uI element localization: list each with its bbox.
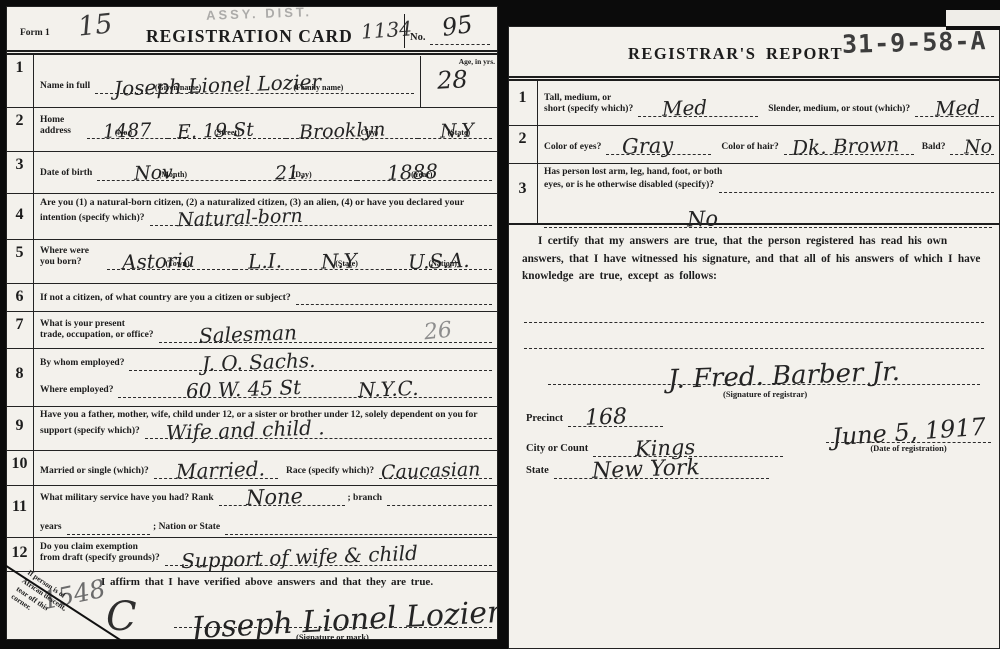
addr-city-sublabel: (City) bbox=[358, 128, 378, 137]
military-rank-line: None bbox=[219, 493, 345, 506]
exemption-label-1: Do you claim exemption bbox=[40, 542, 160, 553]
no-line bbox=[430, 44, 490, 45]
eyes-line: Gray bbox=[606, 142, 711, 155]
hair-label: Color of hair? bbox=[721, 142, 778, 155]
dependents-specify-label: support (specify which)? bbox=[40, 426, 140, 439]
faint-district-stamp: ASSY. DIST. bbox=[206, 6, 312, 23]
race-value: Caucasian bbox=[381, 458, 481, 483]
card-title: REGISTRATION CARD bbox=[146, 26, 353, 47]
row-number: 9 bbox=[6, 407, 34, 450]
disability-line-2: No bbox=[544, 215, 992, 228]
name-label: Name in full bbox=[40, 81, 90, 94]
row-married-race: 10 Married or single (which)? Married. R… bbox=[6, 450, 498, 485]
dependents-line: Wife and child . bbox=[145, 426, 492, 439]
age-box: Age, in yrs. 28 bbox=[420, 56, 498, 107]
height-line: Med bbox=[638, 104, 758, 117]
report-header: REGISTRAR'S REPORT 31-9-58-A bbox=[508, 26, 1000, 81]
where-employed-label: Where employed? bbox=[40, 385, 113, 398]
height-label-2: short (specify which)? bbox=[544, 104, 633, 115]
row-number: 3 bbox=[508, 164, 538, 223]
precinct-value: 168 bbox=[585, 404, 628, 430]
row-citizenship: 4 Are you (1) a natural-born citizen, (2… bbox=[6, 193, 498, 239]
eyes-value: Gray bbox=[622, 133, 674, 159]
age-value: 28 bbox=[436, 65, 468, 95]
military-nation-line bbox=[225, 522, 492, 535]
born-li-line: L.I. bbox=[235, 257, 303, 270]
military-rank-value: None bbox=[246, 484, 304, 510]
height-label-1: Tall, medium, or bbox=[544, 93, 633, 104]
header-divider bbox=[404, 14, 405, 48]
born-li-value: L.I. bbox=[247, 248, 282, 273]
row-number: 12 bbox=[6, 538, 34, 571]
disability-label-2: eyes, or is he otherwise disabled (speci… bbox=[544, 180, 714, 193]
employer-value: J. O. Sachs. bbox=[202, 348, 316, 376]
row-date-of-birth: 3 Date of birth Nov. (Month) 21. (Day) 1… bbox=[6, 151, 498, 193]
born-state-sublabel: (State) bbox=[335, 259, 358, 268]
registrars-report-panel: REGISTRAR'S REPORT 31-9-58-A 1 Tall, med… bbox=[508, 26, 1000, 649]
handwritten-form-mark: 15 bbox=[76, 8, 113, 42]
married-value: Married. bbox=[176, 456, 266, 483]
citizenship-value: Natural-born bbox=[177, 205, 303, 231]
home-address-label: Home address bbox=[40, 115, 82, 139]
military-nation-label: ; Nation or State bbox=[153, 522, 220, 535]
certification-text: I certify that my answers are true, that… bbox=[508, 225, 1000, 297]
exemption-value: Support of wife & child bbox=[181, 541, 419, 573]
race-line: Caucasian bbox=[379, 466, 492, 479]
date-block: June 5, 1917 (Date of registration) bbox=[826, 418, 991, 453]
state-line: New York bbox=[554, 466, 769, 479]
row-dependents: 9 Have you a father, mother, wife, child… bbox=[6, 406, 498, 450]
disability-line-1 bbox=[719, 180, 994, 193]
citizenship-specify-label: intention (specify which)? bbox=[40, 213, 145, 226]
employer-city-value: N.Y.C. bbox=[357, 376, 418, 402]
family-name-sublabel: (Family name) bbox=[293, 83, 343, 92]
race-label: Race (specify which)? bbox=[286, 466, 374, 479]
form-number-label: Form 1 bbox=[20, 28, 50, 38]
scanned-draft-registration-card: Form 1 15 ASSY. DIST. REGISTRATION CARD … bbox=[0, 0, 1000, 649]
disability-label-1: Has person lost arm, leg, hand, foot, or… bbox=[544, 167, 994, 178]
born-nation-line: U.S.A. (Nation) bbox=[389, 257, 492, 270]
employer-address-value: 60 W. 45 St bbox=[185, 375, 301, 403]
state-field: State New York bbox=[526, 465, 1000, 479]
file-number-stamp: 31-9-58-A bbox=[841, 26, 986, 59]
citizenship-line: Natural-born bbox=[150, 213, 493, 226]
military-rank-label: What military service have you had? Rank bbox=[40, 493, 214, 506]
bald-label: Bald? bbox=[922, 142, 946, 155]
row-number: 8 bbox=[6, 349, 34, 406]
report-title: REGISTRAR'S REPORT bbox=[628, 44, 843, 64]
affirmation-text: I affirm that I have verified above answ… bbox=[101, 576, 488, 588]
row-number: 2 bbox=[6, 108, 34, 151]
addr-no-sublabel: (No.) bbox=[115, 128, 132, 137]
row-number: 10 bbox=[6, 451, 34, 485]
born-town-sublabel: (Town) bbox=[166, 259, 190, 268]
report-row-height: 1 Tall, medium, or short (specify which)… bbox=[508, 81, 1000, 125]
signature-or-mark-label: (Signature or mark) bbox=[296, 632, 369, 640]
addr-city-line: Brooklyn (City) bbox=[286, 126, 419, 139]
row-military-service: 11 What military service have you had? R… bbox=[6, 485, 498, 537]
addr-no-line: 1487 (No.) bbox=[87, 126, 168, 139]
born-nation-sublabel: (Nation) bbox=[428, 259, 456, 268]
handwritten-card-number: 95 bbox=[440, 10, 474, 42]
row-not-citizen: 6 If not a citizen, of what country are … bbox=[6, 283, 498, 311]
dob-label: Date of birth bbox=[40, 168, 92, 181]
row-home-address: 2 Home address 1487 (No.) E. 19 St (Stre… bbox=[6, 107, 498, 151]
state-label: State bbox=[526, 465, 549, 479]
born-town-line: Astoria (Town) bbox=[107, 257, 235, 270]
where-born-label: Where were you born? bbox=[40, 246, 102, 270]
dob-year-sublabel: (Year) bbox=[411, 170, 432, 179]
row-exemption: 12 Do you claim exemption from draft (sp… bbox=[6, 537, 498, 571]
military-branch-label: ; branch bbox=[348, 493, 383, 506]
no-label: No. bbox=[410, 32, 425, 43]
given-name-sublabel: (Given name) bbox=[155, 83, 201, 92]
hair-value: Dk. Brown bbox=[791, 132, 899, 160]
row-number: 3 bbox=[6, 152, 34, 193]
height-value: Med bbox=[662, 95, 708, 121]
scan-edge-artifact bbox=[946, 10, 1000, 30]
stamped-26: 26 bbox=[423, 318, 453, 346]
build-label: Slender, medium, or stout (which)? bbox=[768, 104, 910, 117]
dob-month-sublabel: (Month) bbox=[159, 170, 187, 179]
row-occupation: 7 What is your present trade, occupation… bbox=[6, 311, 498, 348]
by-whom-employed-line: J. O. Sachs. bbox=[129, 358, 492, 371]
eyes-label: Color of eyes? bbox=[544, 142, 601, 155]
row-employer: 8 By whom employed? J. O. Sachs. Where e… bbox=[6, 348, 498, 406]
military-years-label: years bbox=[40, 522, 62, 535]
build-line: Med bbox=[915, 104, 994, 117]
dob-year-line: 1888 (Year) bbox=[357, 168, 492, 181]
age-label: Age, in yrs. bbox=[421, 56, 498, 66]
row-number: 6 bbox=[6, 284, 34, 311]
precinct-label: Precinct bbox=[526, 413, 563, 427]
occupation-label-1: What is your present bbox=[40, 319, 154, 330]
row-number: 7 bbox=[6, 312, 34, 348]
dob-day-sublabel: (Day) bbox=[293, 170, 312, 179]
report-row-features: 2 Color of eyes? Gray Color of hair? Dk.… bbox=[508, 125, 1000, 163]
occupation-label-2: trade, occupation, or office? bbox=[40, 330, 154, 341]
city-label: City or Count bbox=[526, 443, 588, 457]
born-state-line: N.Y (State) bbox=[304, 257, 390, 270]
not-citizen-line bbox=[296, 292, 492, 305]
dob-month-line: Nov. (Month) bbox=[97, 168, 242, 181]
registration-card-header: Form 1 15 ASSY. DIST. REGISTRATION CARD … bbox=[6, 6, 498, 55]
married-line: Married. bbox=[154, 466, 278, 479]
bald-value: No bbox=[963, 136, 992, 159]
name-line: Joseph Lionel Lozier (Given name) (Famil… bbox=[95, 81, 414, 94]
row-number: 5 bbox=[6, 240, 34, 283]
row-number: 2 bbox=[508, 126, 538, 163]
row-where-born: 5 Where were you born? Astoria (Town) L.… bbox=[6, 239, 498, 283]
row-number: 4 bbox=[6, 194, 34, 239]
hair-line: Dk. Brown bbox=[784, 142, 914, 155]
disability-value: No bbox=[687, 206, 719, 231]
not-citizen-label: If not a citizen, of what country are yo… bbox=[40, 292, 291, 305]
dependents-value: Wife and child . bbox=[165, 415, 324, 445]
military-years-line bbox=[67, 522, 150, 535]
married-label: Married or single (which)? bbox=[40, 466, 149, 479]
registrar-signature-section: J. Fred. Barber Jr. (Signature of regist… bbox=[508, 349, 1000, 399]
registration-date-value: June 5, 1917 bbox=[831, 413, 987, 452]
registrar-signature-label: (Signature of registrar) bbox=[723, 389, 807, 399]
addr-street-line: E. 19 St (Street) bbox=[168, 126, 286, 139]
registration-card-panel: Form 1 15 ASSY. DIST. REGISTRATION CARD … bbox=[6, 6, 498, 640]
by-whom-employed-label: By whom employed? bbox=[40, 358, 124, 371]
exception-line-2 bbox=[524, 323, 984, 349]
exemption-line: Support of wife & child bbox=[165, 553, 492, 566]
name-value: Joseph Lionel Lozier bbox=[114, 69, 322, 100]
row-number: 11 bbox=[6, 486, 34, 537]
addr-state-sublabel: (State) bbox=[448, 128, 471, 137]
addr-state-line: N.Y (State) bbox=[418, 126, 492, 139]
addr-street-sublabel: (Street) bbox=[214, 128, 240, 137]
report-row-disability: 3 Has person lost arm, leg, hand, foot, … bbox=[508, 163, 1000, 225]
row-number: 1 bbox=[508, 81, 538, 125]
occupation-line: Salesman 26 bbox=[159, 330, 492, 343]
where-employed-line: 60 W. 45 St N.Y.C. bbox=[118, 385, 492, 398]
row-number: 1 bbox=[6, 55, 34, 107]
state-value: New York bbox=[592, 455, 701, 484]
exception-line-1 bbox=[524, 297, 984, 323]
occupation-value: Salesman bbox=[198, 320, 297, 347]
exemption-label-2: from draft (specify grounds)? bbox=[40, 553, 160, 564]
row-name-in-full: 1 Name in full Joseph Lionel Lozier (Giv… bbox=[6, 55, 498, 107]
build-value: Med bbox=[934, 95, 980, 121]
bald-line: No bbox=[950, 142, 994, 155]
military-branch-line bbox=[387, 493, 492, 506]
precinct-line: 168 bbox=[568, 414, 663, 427]
dob-day-line: 21. (Day) bbox=[243, 168, 357, 181]
